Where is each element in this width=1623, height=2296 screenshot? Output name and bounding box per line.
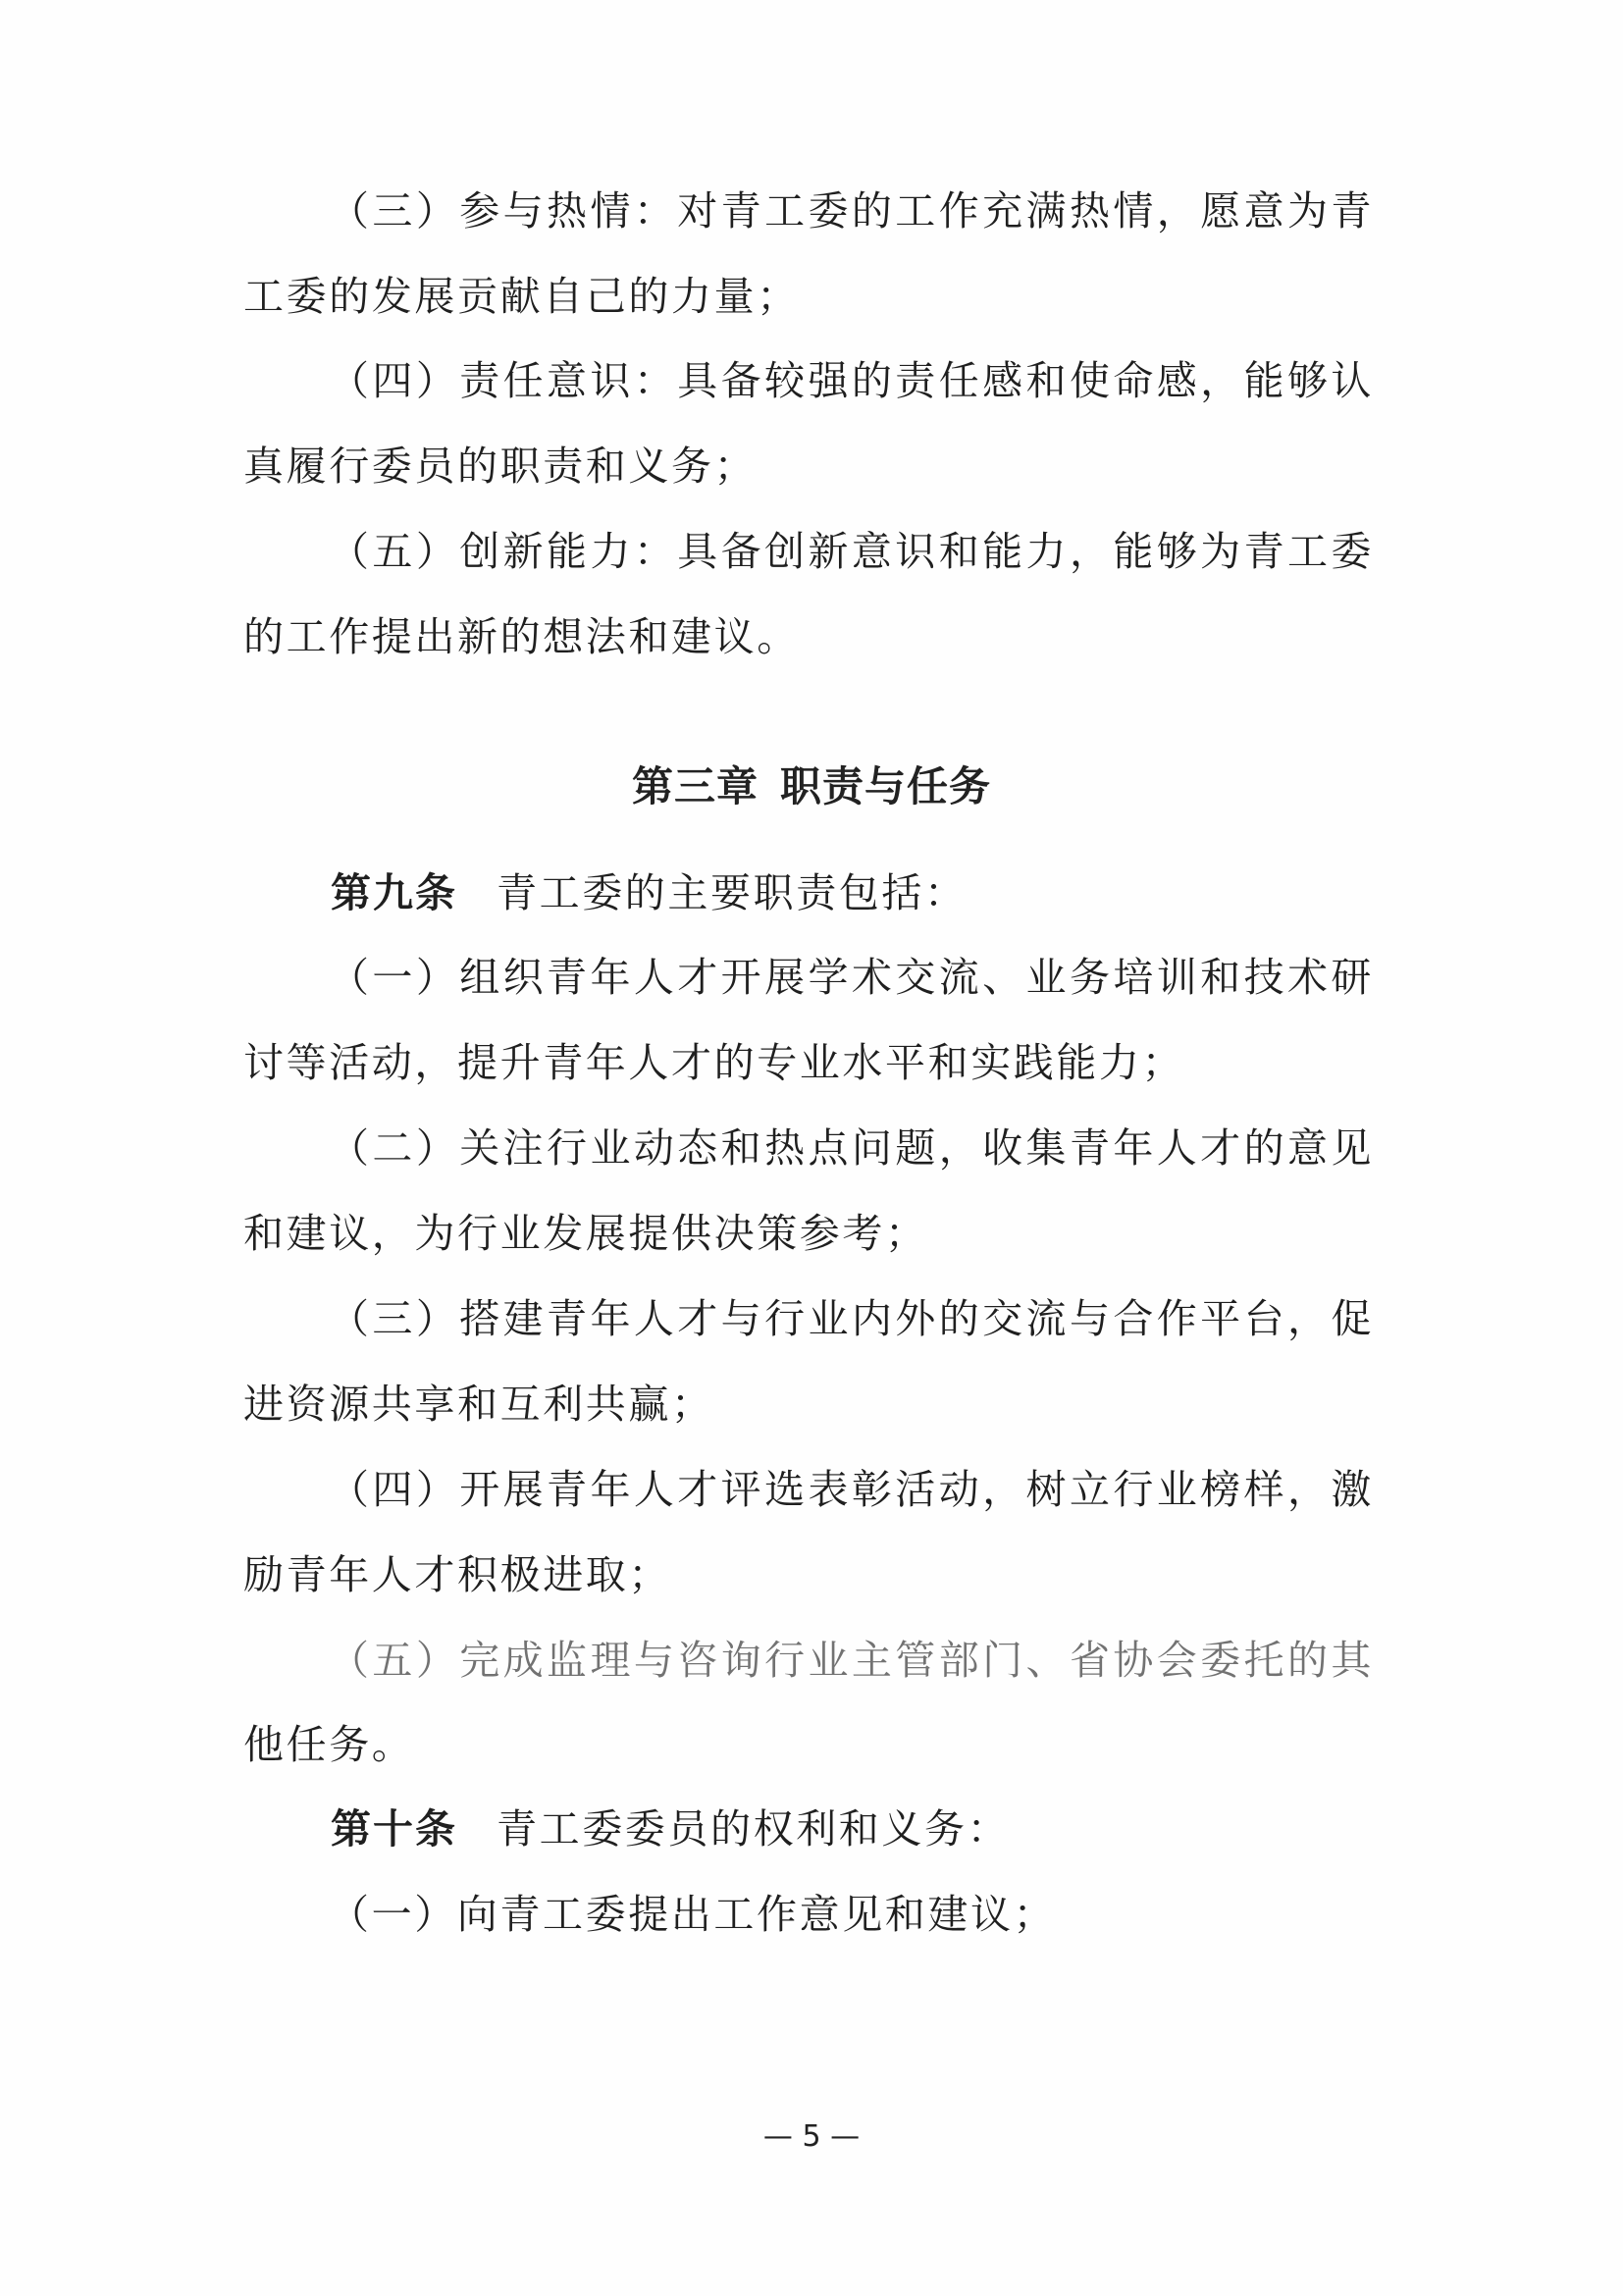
article-10-label: 第十条: [331, 1805, 457, 1852]
page-number: — 5 —: [0, 2117, 1623, 2157]
chapter-title: 职责与任务: [780, 762, 991, 810]
article-9-item-4-line-2: 励青年人才积极进取；: [243, 1545, 1374, 1604]
qualification-item-4-line-2: 真履行委员的职责和义务；: [243, 437, 1374, 496]
qualification-item-5-line-1: （五）创新能力：具备创新意识和能力，能够为青工委: [329, 522, 1374, 581]
qualification-item-5-line-2: 的工作提出新的想法和建议。: [243, 607, 1374, 666]
article-9-item-1-line-1: （一）组织青年人才开展学术交流、业务培训和技术研: [329, 948, 1374, 1007]
article-9-item-5-line-2: 他任务。: [243, 1715, 1374, 1774]
article-9-item-1-line-2: 讨等活动，提升青年人才的专业水平和实践能力；: [243, 1033, 1374, 1092]
document-page: （三）参与热情：对青工委的工作充满热情，愿意为青 工委的发展贡献自己的力量； （…: [0, 0, 1623, 2296]
qualification-item-3-line-1: （三）参与热情：对青工委的工作充满热情，愿意为青: [329, 182, 1374, 240]
chapter-heading: 第三章职责与任务: [0, 757, 1623, 816]
article-9-item-5-line-1: （五）完成监理与咨询行业主管部门、省协会委托的其: [329, 1631, 1374, 1690]
article-10-item-1-line-1: （一）向青工委提出工作意见和建议；: [329, 1885, 1374, 1944]
article-9-label: 第九条: [331, 869, 457, 916]
article-10-text: 青工委委员的权利和义务：: [497, 1805, 1010, 1852]
article-9-heading: 第九条青工委的主要职责包括：: [331, 863, 1376, 922]
article-9-text: 青工委的主要职责包括：: [497, 869, 968, 916]
article-9-item-2-line-1: （二）关注行业动态和热点问题，收集青年人才的意见: [329, 1119, 1374, 1177]
article-10-heading: 第十条青工委委员的权利和义务：: [331, 1800, 1376, 1858]
article-9-item-3-line-1: （三）搭建青年人才与行业内外的交流与合作平台，促: [329, 1289, 1374, 1348]
qualification-item-4-line-1: （四）责任意识：具备较强的责任感和使命感，能够认: [329, 351, 1374, 410]
article-9-item-2-line-2: 和建议，为行业发展提供决策参考；: [243, 1204, 1374, 1263]
article-9-item-3-line-2: 进资源共享和互利共赢；: [243, 1375, 1374, 1434]
qualification-item-3-line-2: 工委的发展贡献自己的力量；: [243, 267, 1374, 326]
article-9-item-4-line-1: （四）开展青年人才评选表彰活动，树立行业榜样，激: [329, 1460, 1374, 1519]
chapter-number: 第三章: [632, 762, 759, 810]
